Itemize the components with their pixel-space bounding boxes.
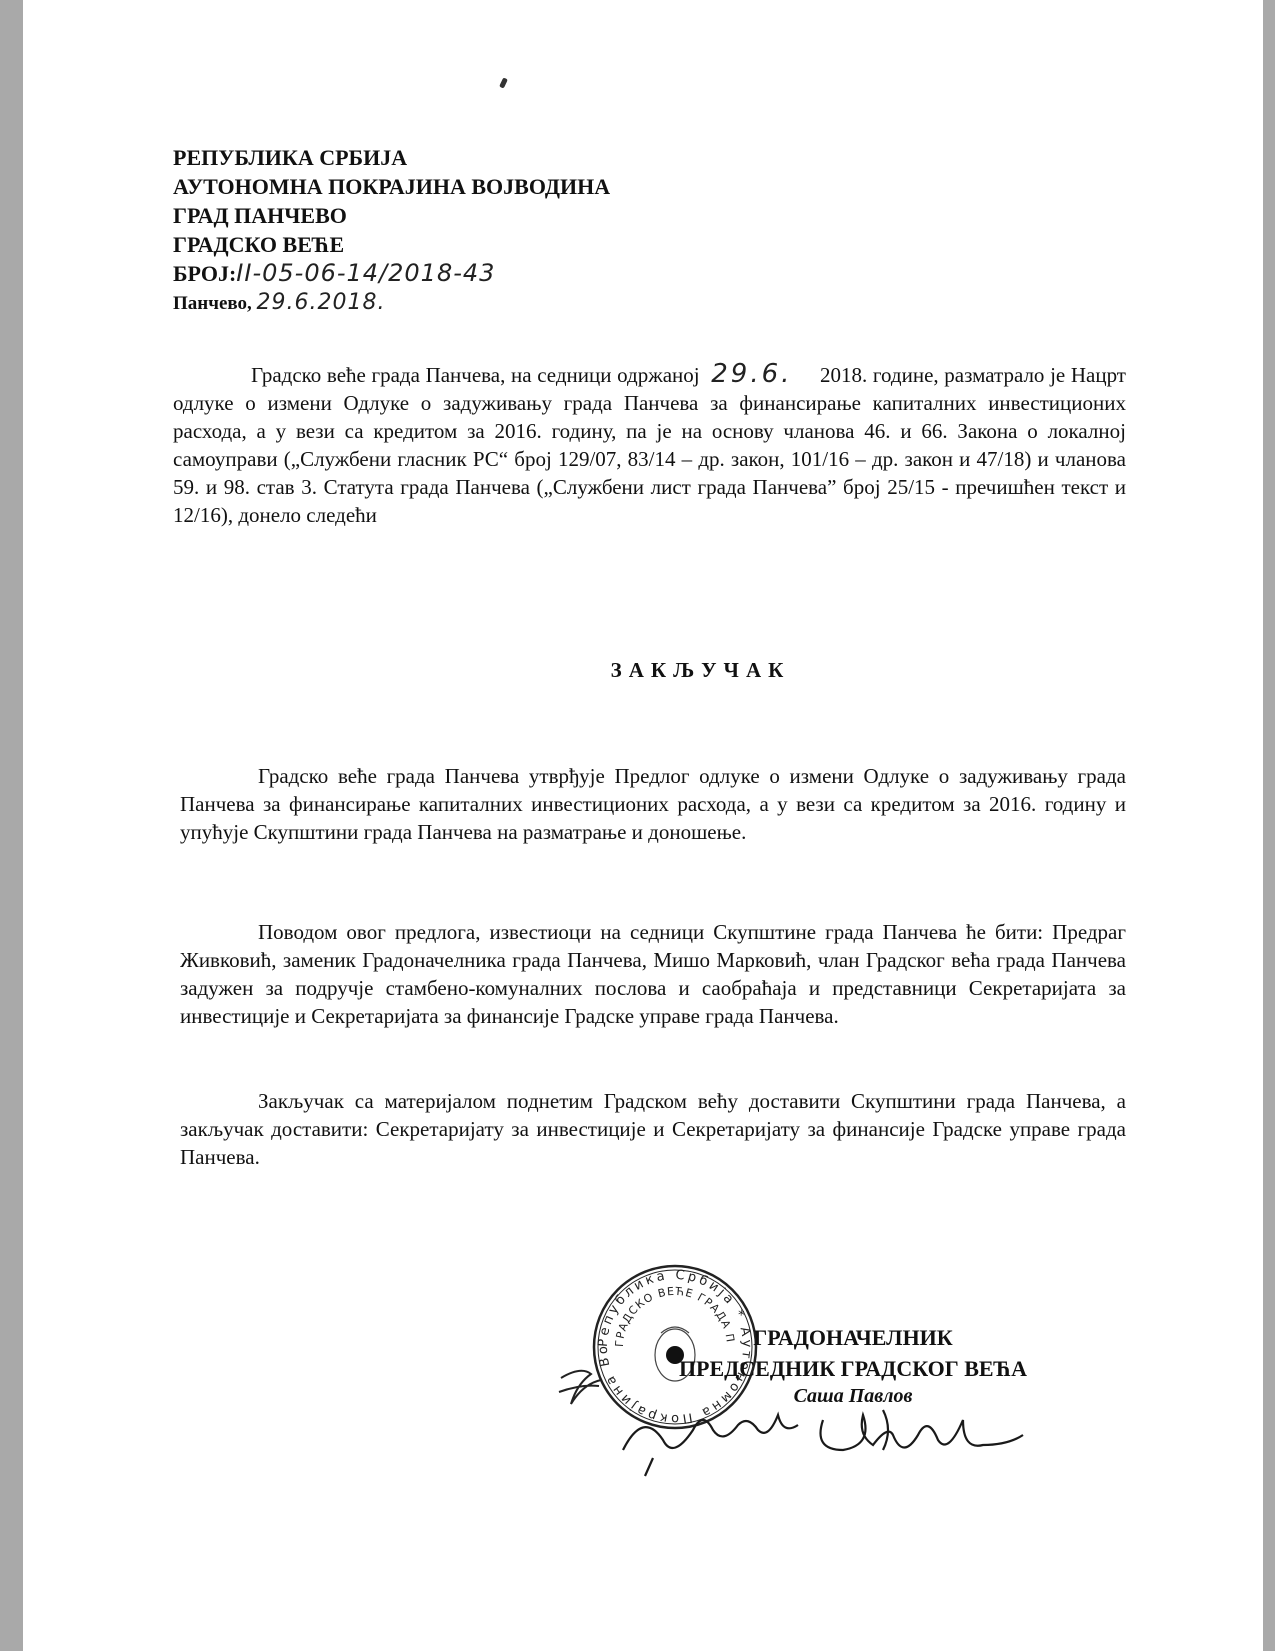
paragraph-text: Закључак са материјалом поднетим Градско… — [180, 1089, 1126, 1169]
title-text: ЗАКЉУЧАК — [611, 658, 791, 682]
signature-block: ГРАДОНАЧЕЛНИК ПРЕДСЕДНИК ГРАДСКОГ ВЕЋА С… — [643, 1322, 1063, 1408]
place-label: Панчево, — [173, 293, 252, 314]
body-paragraph-1: Градско веће града Панчева утврђује Пред… — [180, 762, 1126, 846]
header-number: БРОЈ:II-05-06-14/2018-43 — [173, 259, 610, 288]
intro-paragraph: Градско веће града Панчева, на седници о… — [173, 360, 1126, 529]
document-page: РЕПУБЛИКА СРБИЈА АУТОНОМНА ПОКРАЈИНА ВОЈ… — [23, 0, 1263, 1651]
signature-title-president: ПРЕДСЕДНИК ГРАДСКОГ ВЕЋА — [643, 1353, 1063, 1384]
handwritten-signature-icon — [553, 1400, 1053, 1480]
header-body: ГРАДСКО ВЕЋЕ — [173, 230, 610, 259]
handwritten-session-date: 29.6. — [705, 359, 814, 389]
intro-before-date: Градско веће града Панчева, на седници о… — [251, 363, 700, 387]
paragraph-text: Градско веће града Панчева утврђује Пред… — [180, 764, 1126, 844]
header-place-date: Панчево, 29.6.2018. — [173, 288, 610, 318]
handwritten-date: 29.6.2018. — [257, 290, 386, 315]
signature-title-mayor: ГРАДОНАЧЕЛНИК — [643, 1322, 1063, 1353]
intro-after-date: 2018. године, разматрало је Нацрт одлуке… — [173, 363, 1126, 527]
paragraph-text: Поводом овог предлога, известиоци на сед… — [180, 920, 1126, 1028]
header-country: РЕПУБЛИКА СРБИЈА — [173, 143, 610, 172]
number-label: БРОЈ: — [173, 261, 236, 286]
header-province: АУТОНОМНА ПОКРАЈИНА ВОЈВОДИНА — [173, 172, 610, 201]
handwritten-number: II-05-06-14/2018-43 — [236, 259, 495, 287]
body-paragraph-3: Закључак са материјалом поднетим Градско… — [180, 1087, 1126, 1171]
document-header: РЕПУБЛИКА СРБИЈА АУТОНОМНА ПОКРАЈИНА ВОЈ… — [173, 143, 610, 318]
scan-speck — [499, 77, 508, 88]
header-city: ГРАД ПАНЧЕВО — [173, 201, 610, 230]
body-paragraph-2: Поводом овог предлога, известиоци на сед… — [180, 918, 1126, 1030]
document-title: ЗАКЉУЧАК — [23, 658, 1275, 683]
